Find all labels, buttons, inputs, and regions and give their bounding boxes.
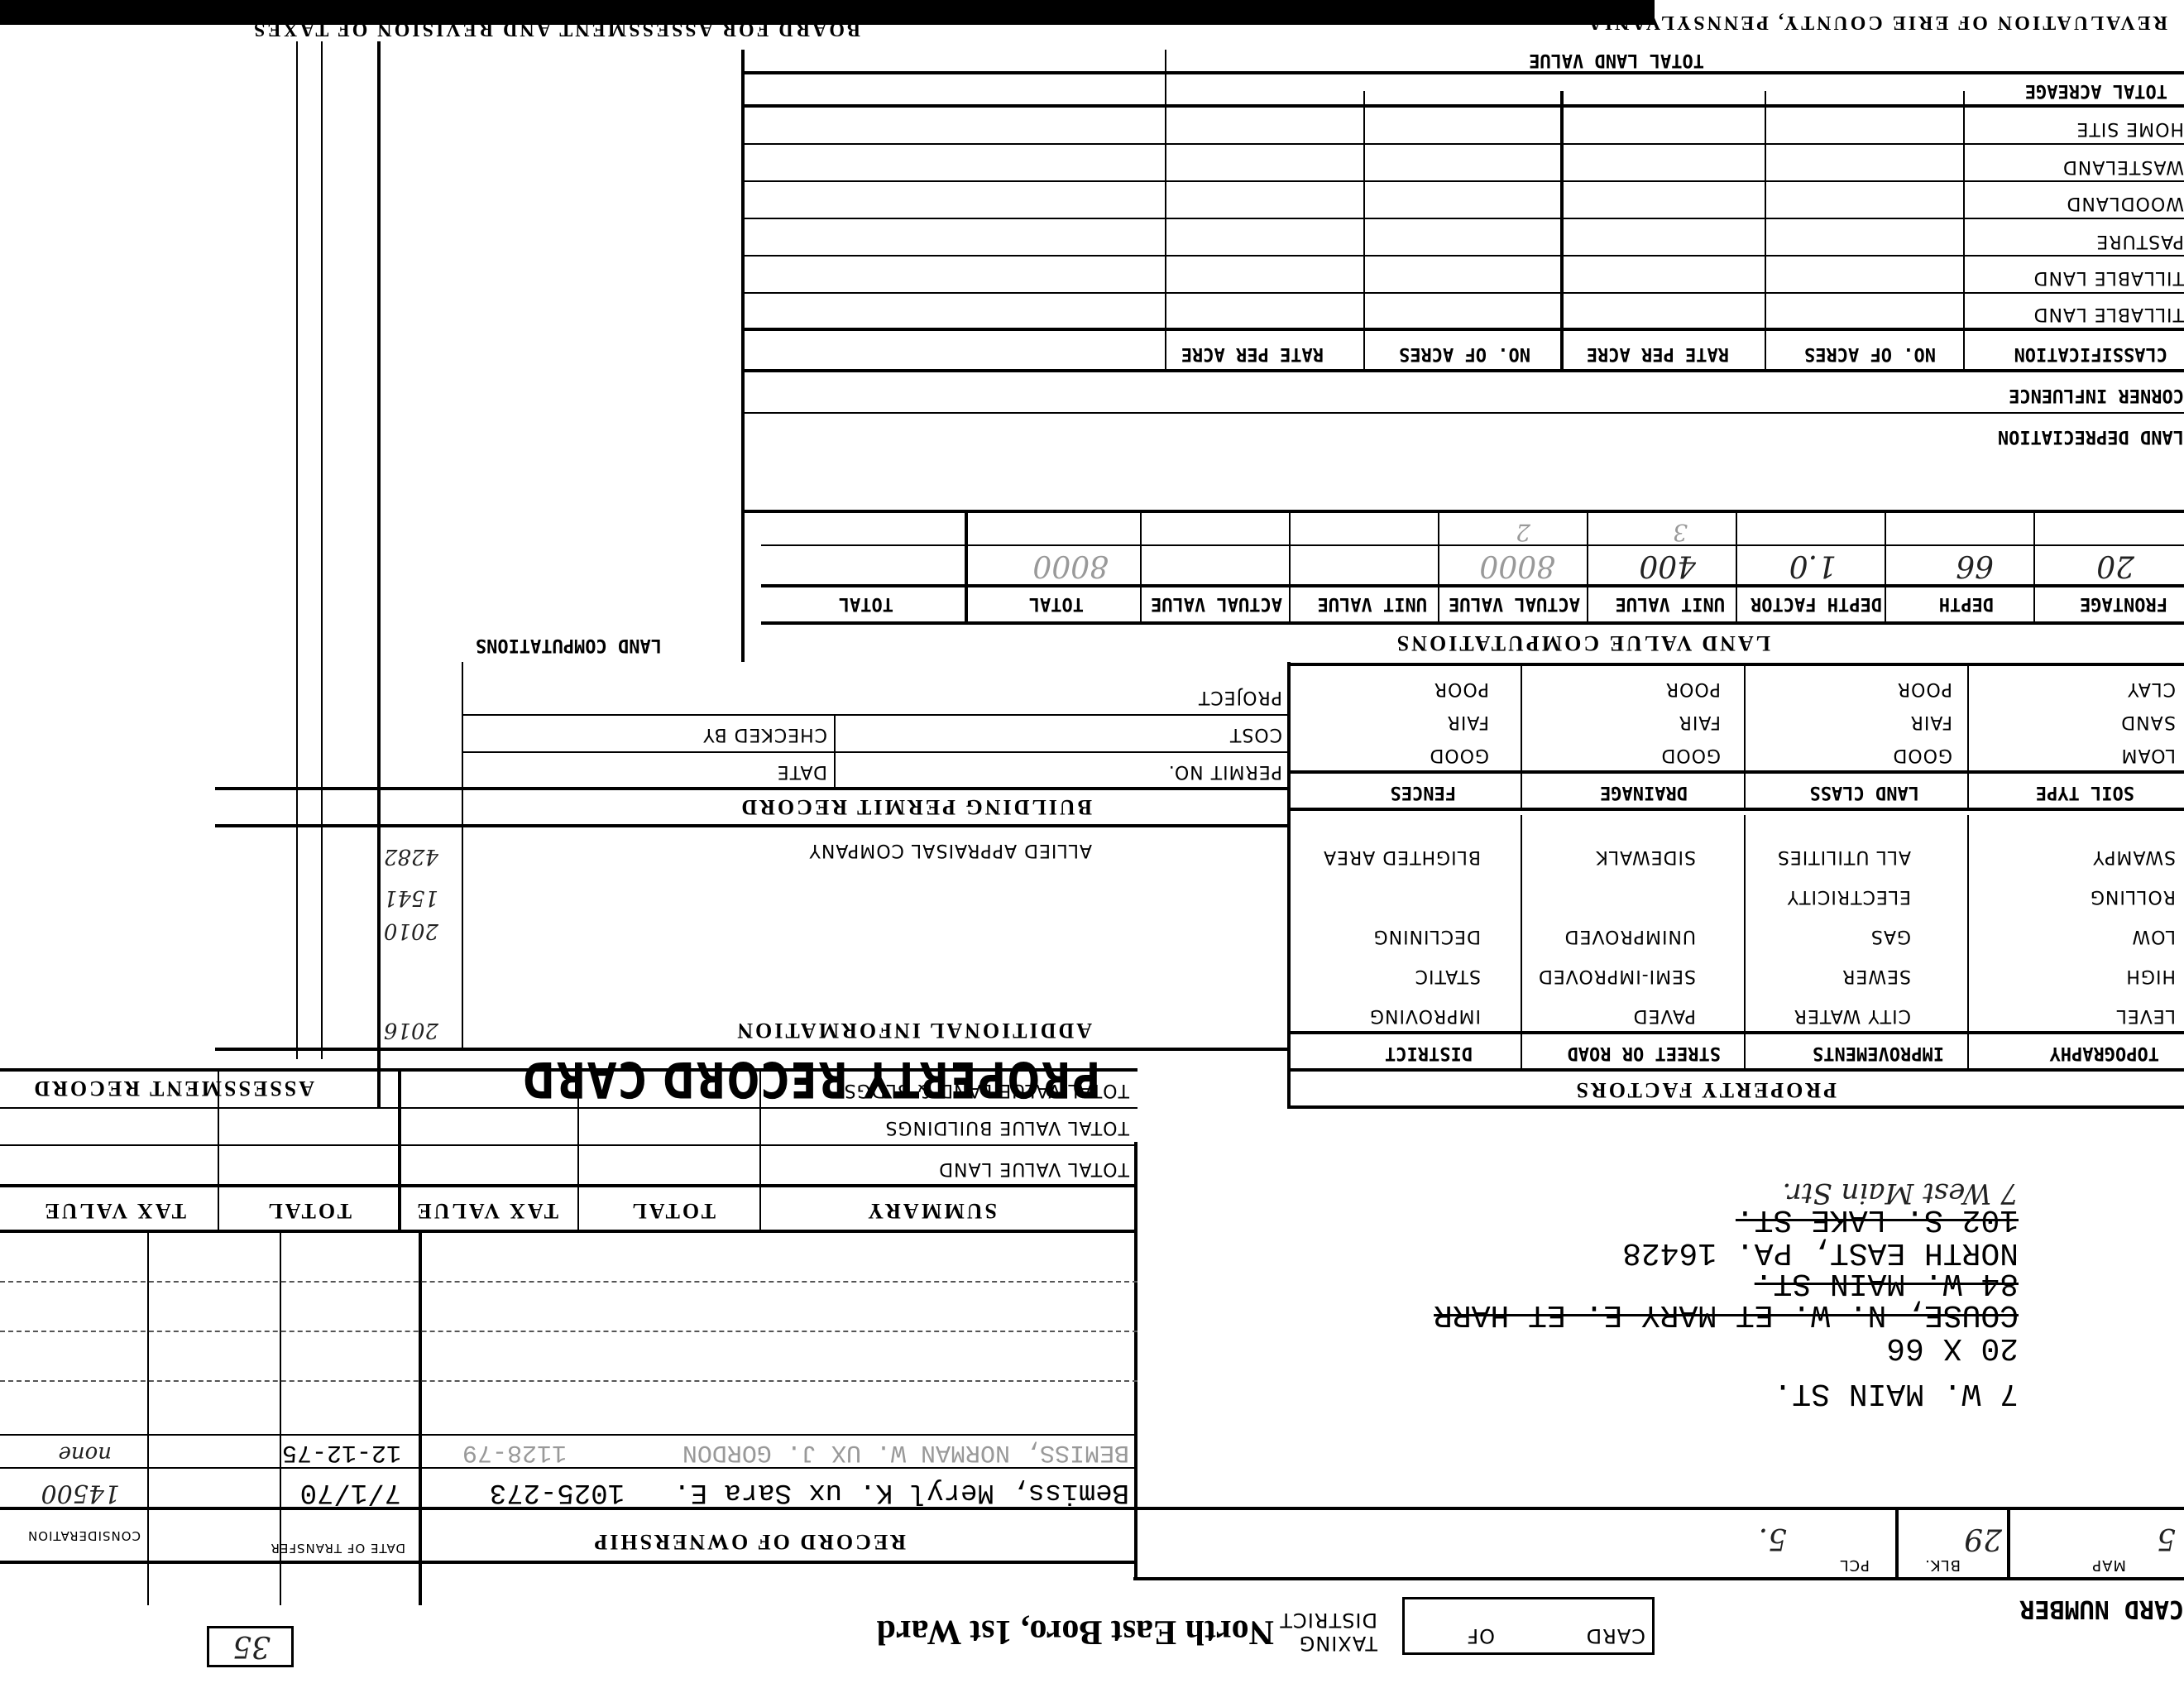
- taxing-district-label: TAXING DISTRICT: [1278, 1609, 1377, 1655]
- map-label: MAP: [2091, 1556, 2126, 1574]
- summary-title: SUMMARY: [865, 1198, 997, 1223]
- land-computations-title: LAND COMPUTATIONS: [476, 635, 662, 655]
- address-line-5: NORTH EAST, PA. 16428: [1622, 1235, 2019, 1270]
- address-line-7: 7 West Main Str.: [1782, 1177, 2019, 1210]
- ownership-row: BEMISS, NORMAN W. UX J. GORDON 1128-79 1…: [0, 1433, 1137, 1466]
- margin-note: 2010: [384, 918, 438, 943]
- address-line-3: COUSE, N. W. ET MARY E. ET HARR: [1434, 1297, 2019, 1332]
- property-factors-section: PROPERTY FACTORS TOPOGRAPHY IMPROVEMENTS…: [1291, 811, 2184, 1109]
- card-of-box[interactable]: CARD OF: [1402, 1597, 1655, 1655]
- summary-row-land: TOTAL VALUE LAND: [938, 1158, 1129, 1179]
- taxing-district-value: North East Boro, 1st Ward: [877, 1612, 1274, 1652]
- assessment-record-title: ASSESSMENT RECORD: [31, 1076, 314, 1101]
- pcl-value: 5.: [1759, 1522, 1787, 1556]
- header-left-title: REVALUATION OF ERIE COUNTY, PENNSYLVANIA: [1586, 11, 2167, 33]
- margin-note: 2016: [384, 1018, 438, 1043]
- summary-total-header-2: TOTAL: [266, 1198, 352, 1223]
- property-factors-title: PROPERTY FACTORS: [1574, 1077, 1837, 1102]
- property-record-card-title: PROPERTY RECORD CARD: [521, 1051, 1100, 1109]
- summary-tax-value-header: TAX VALUE: [414, 1198, 558, 1223]
- land-value-computations: LAND VALUE COMPUTATIONS FRONTAGE DEPTH D…: [761, 513, 2184, 662]
- summary-tax-value-header-2: TAX VALUE: [42, 1198, 186, 1223]
- summary-total-header: TOTAL: [630, 1198, 716, 1223]
- building-permit-title: BUILDING PERMIT RECORD: [739, 794, 1092, 819]
- header-right-title: BOARD FOR ASSESSMENT AND REVISION OF TAX…: [251, 17, 860, 40]
- property-factors-lower: SOIL TYPE LAND CLASS DRAINAGE FENCES LOA…: [1291, 662, 2184, 811]
- address-line-1: 7 W. MAIN ST.: [1774, 1375, 2019, 1411]
- land-value-title: LAND VALUE COMPUTATIONS: [1395, 631, 1770, 655]
- map-value: 5: [2157, 1522, 2176, 1556]
- additional-info-title: ADDITIONAL INFORMATION: [735, 1018, 1092, 1043]
- margin-note: 4282: [384, 844, 438, 869]
- assessment-years: [17, 66, 372, 1051]
- ownership-row: Bemiss, Meryl K. ux Sara E. 1025-273 7/1…: [0, 1470, 1137, 1508]
- box-number: 35: [207, 1626, 294, 1667]
- pcl-label: PCL: [1840, 1556, 1870, 1574]
- date-of-transfer-header: DATE OF TRANSFER: [270, 1541, 405, 1556]
- blk-value: 29: [1964, 1522, 2002, 1556]
- allied-appraisal-company: ALLIED APPRAISAL COMPANY: [808, 840, 1092, 861]
- summary-row-buildings: TOTAL VALUE BUILDINGS: [885, 1117, 1129, 1138]
- acreage-section: LAND DEPRECIATION CORNER INFLUENCE CLASS…: [745, 50, 2184, 513]
- blk-label: BLK.: [1924, 1556, 1961, 1574]
- consideration-header: CONSIDERATION: [27, 1528, 141, 1543]
- address-line-2: 20 X 66: [1886, 1330, 2019, 1365]
- card-number-label: CARD NUMBER: [2019, 1595, 2184, 1622]
- address-line-4: 84 W. MAIN ST.: [1755, 1265, 2019, 1301]
- margin-note: 1541: [384, 885, 438, 910]
- ownership-title: RECORD OF OWNERSHIP: [591, 1529, 906, 1554]
